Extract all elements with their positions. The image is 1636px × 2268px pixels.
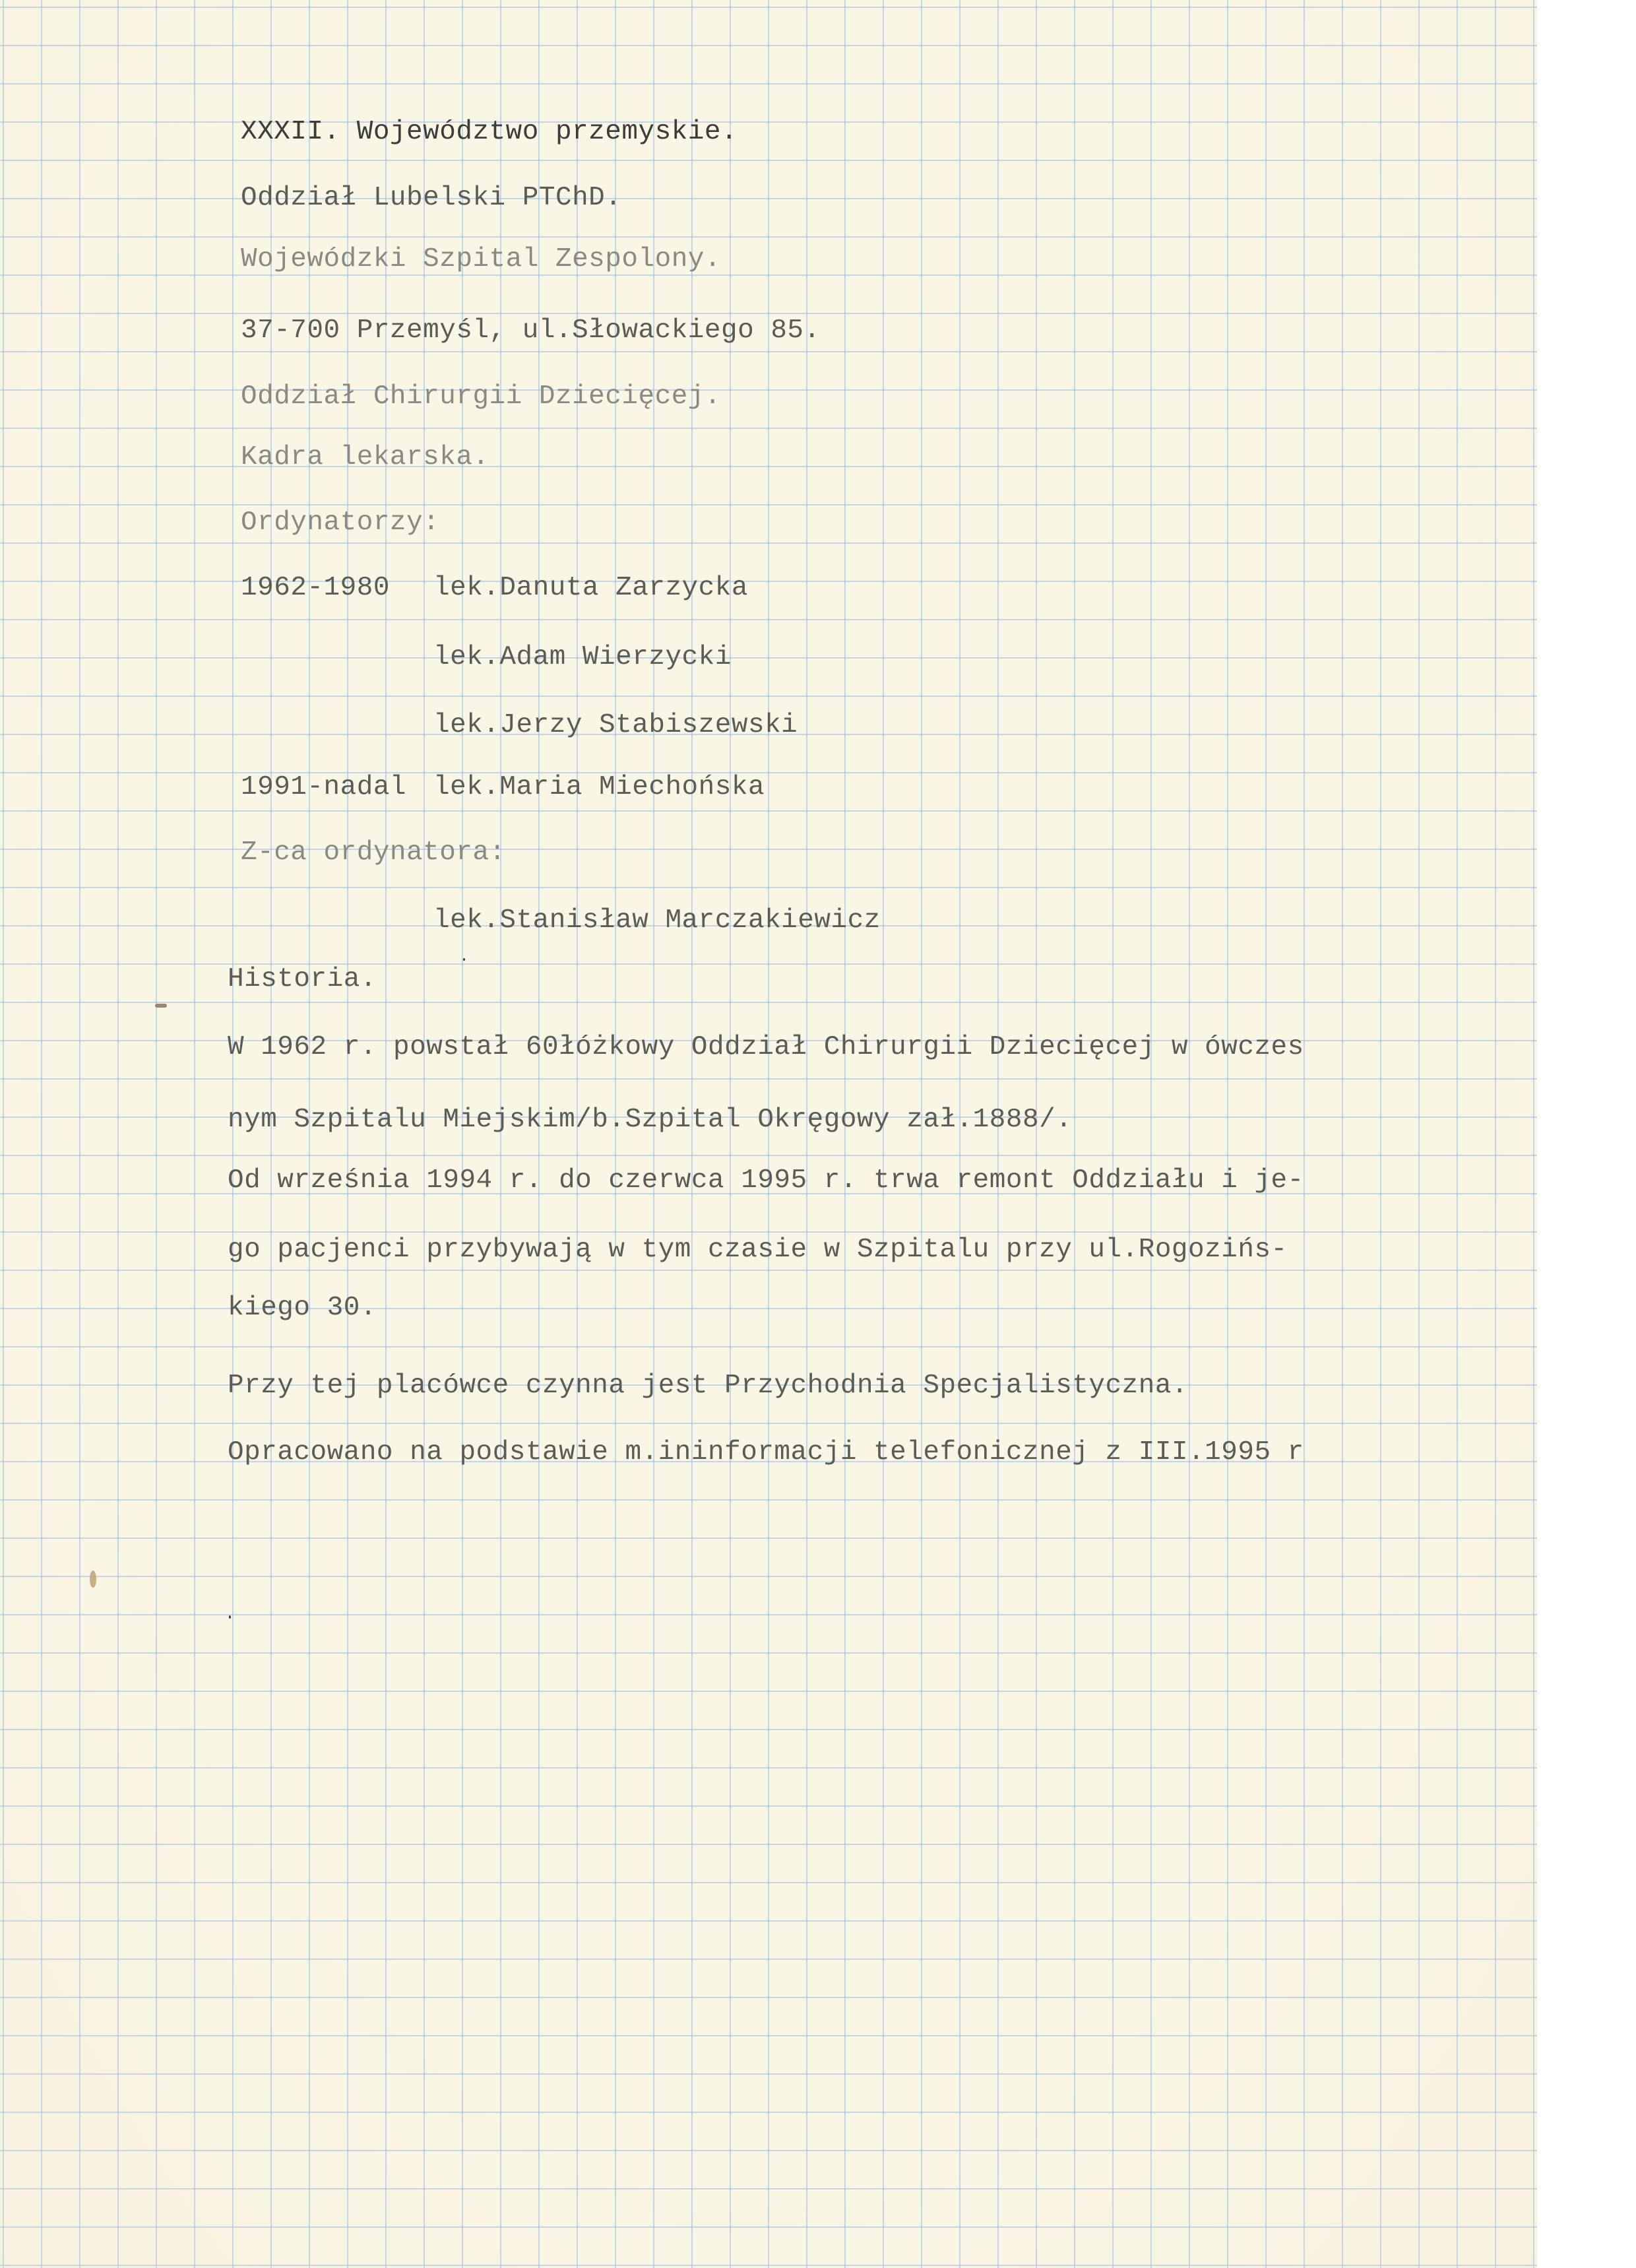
deputy-label: Z-ca ordynatora:: [241, 839, 506, 866]
branch-name: Oddział Lubelski PTChD.: [241, 185, 621, 212]
ink-speck: [463, 958, 465, 961]
history-line: Opracowano na podstawie m.ininformacji t…: [228, 1439, 1304, 1466]
history-line: nym Szpitalu Miejskim/b.Szpital Okręgowy…: [228, 1107, 1072, 1134]
margin-dash-mark: [155, 1004, 167, 1008]
head-name: lek.Maria Miechońska: [433, 774, 765, 801]
heads-label: Ordynatorzy:: [241, 509, 439, 536]
history-line: go pacjenci przybywają w tym czasie w Sz…: [228, 1237, 1288, 1264]
hospital-name: Wojewódzki Szpital Zespolony.: [241, 246, 721, 273]
head-name: lek.Jerzy Stabiszewski: [433, 712, 798, 739]
department-name: Oddział Chirurgii Dziecięcej.: [241, 383, 721, 410]
history-line: kiego 30.: [228, 1295, 377, 1322]
hospital-address: 37-700 Przemyśl, ul.Słowackiego 85.: [241, 317, 821, 344]
history-line: Od września 1994 r. do czerwca 1995 r. t…: [228, 1167, 1304, 1194]
staff-heading: Kadra lekarska.: [241, 444, 489, 471]
head-name: lek.Danuta Zarzycka: [433, 575, 748, 602]
section-title: XXXII. Województwo przemyskie.: [241, 119, 738, 146]
ink-speck: [229, 1615, 231, 1619]
head-period: 1962-1980: [241, 575, 390, 602]
head-name: lek.Adam Wierzycki: [433, 644, 732, 671]
graph-paper-page: XXXII. Województwo przemyskie. Oddział L…: [0, 0, 1537, 2268]
deputy-name: lek.Stanisław Marczakiewicz: [433, 907, 881, 934]
paper-stain: [90, 1571, 96, 1588]
history-heading: Historia.: [228, 966, 377, 993]
history-line: W 1962 r. powstał 60łóżkowy Oddział Chir…: [228, 1034, 1304, 1061]
head-period: 1991-nadal: [241, 774, 406, 801]
history-line: Przy tej placówce czynna jest Przychodni…: [228, 1373, 1188, 1400]
